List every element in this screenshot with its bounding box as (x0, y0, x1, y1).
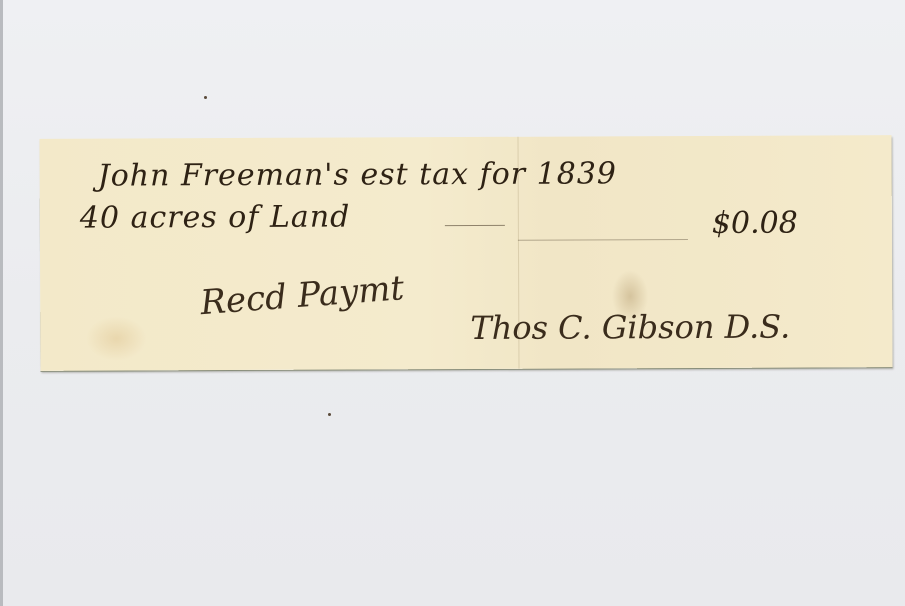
scanner-edge (0, 0, 3, 606)
property-description: 40 acres of Land (80, 200, 351, 236)
tax-receipt-paper: John Freeman's est tax for 1839 40 acres… (39, 135, 892, 371)
amount-leader-line (518, 239, 688, 241)
dust-speck (328, 413, 331, 416)
flourish-line (445, 225, 505, 226)
tax-amount: $0.08 (712, 206, 798, 241)
receipt-title-line: John Freeman's est tax for 1839 (98, 156, 617, 193)
dust-speck (204, 96, 207, 99)
received-payment-signature: Recd Paymt (199, 268, 405, 323)
collector-signature: Thos C. Gibson D.S. (470, 308, 790, 347)
